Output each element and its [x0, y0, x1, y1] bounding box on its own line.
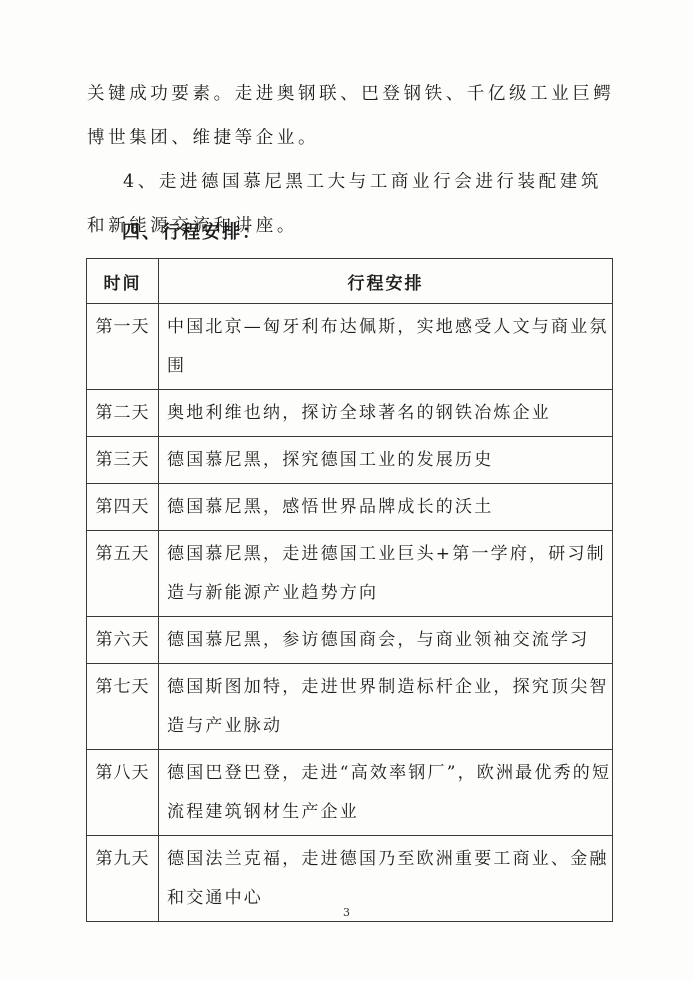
day-cell: 第一天 [87, 304, 159, 390]
plan-cell: 奥地利维也纳，探访全球著名的钢铁冶炼企业 [159, 390, 613, 437]
itinerary-table: 时间 行程安排 第一天 中国北京—匈牙利布达佩斯，实地感受人文与商业氛围 第二天… [86, 258, 613, 922]
day-cell: 第三天 [87, 437, 159, 484]
table-row: 第四天 德国慕尼黑，感悟世界品牌成长的沃土 [87, 484, 613, 531]
day-cell: 第五天 [87, 531, 159, 617]
plan-cell: 德国斯图加特，走进世界制造标杆企业，探究顶尖智造与产业脉动 [159, 664, 613, 750]
plan-cell: 德国慕尼黑，探究德国工业的发展历史 [159, 437, 613, 484]
plan-cell: 德国慕尼黑，感悟世界品牌成长的沃土 [159, 484, 613, 531]
table-row: 第八天 德国巴登巴登，走进“高效率钢厂”，欧洲最优秀的短流程建筑钢材生产企业 [87, 750, 613, 836]
table-header-row: 时间 行程安排 [87, 259, 613, 304]
plan-cell: 德国巴登巴登，走进“高效率钢厂”，欧洲最优秀的短流程建筑钢材生产企业 [159, 750, 613, 836]
day-cell: 第八天 [87, 750, 159, 836]
table-row: 第五天 德国慕尼黑，走进德国工业巨头+第一学府，研习制造与新能源产业趋势方向 [87, 531, 613, 617]
plan-cell: 中国北京—匈牙利布达佩斯，实地感受人文与商业氛围 [159, 304, 613, 390]
table-row: 第二天 奥地利维也纳，探访全球著名的钢铁冶炼企业 [87, 390, 613, 437]
table-row: 第三天 德国慕尼黑，探究德国工业的发展历史 [87, 437, 613, 484]
table-row: 第一天 中国北京—匈牙利布达佩斯，实地感受人文与商业氛围 [87, 304, 613, 390]
table-row: 第七天 德国斯图加特，走进世界制造标杆企业，探究顶尖智造与产业脉动 [87, 664, 613, 750]
day-cell: 第二天 [87, 390, 159, 437]
section-heading: 四、行程安排： [122, 218, 262, 244]
header-schedule: 行程安排 [159, 259, 613, 304]
day-cell: 第四天 [87, 484, 159, 531]
day-cell: 第七天 [87, 664, 159, 750]
plan-cell: 德国慕尼黑，走进德国工业巨头+第一学府，研习制造与新能源产业趋势方向 [159, 531, 613, 617]
page-number: 3 [0, 906, 693, 919]
plan-cell: 德国慕尼黑，参访德国商会，与商业领袖交流学习 [159, 617, 613, 664]
paragraph-continuation: 关键成功要素。走进奥钢联、巴登钢铁、千亿级工业巨鳄博世集团、维捷等企业。 [87, 72, 617, 160]
table-row: 第六天 德国慕尼黑，参访德国商会，与商业领袖交流学习 [87, 617, 613, 664]
header-time: 时间 [87, 259, 159, 304]
day-cell: 第六天 [87, 617, 159, 664]
